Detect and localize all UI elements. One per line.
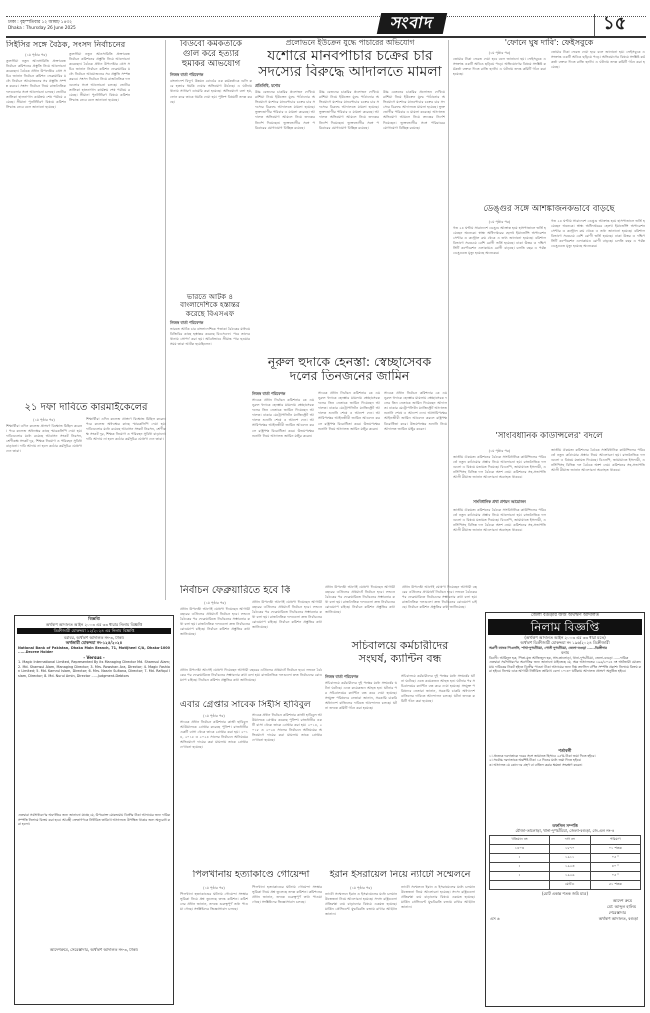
- page-number: ১৫: [603, 14, 626, 34]
- table-row: " ১৯২৩ ৪০ ": [490, 862, 641, 871]
- article-headline[interactable]: ২১ দফা দাবিতে কারমাইকেলের: [6, 402, 166, 414]
- article-body-col2: প্রধান উপদেষ্টা আগেই ঘোষণা দিয়েছেন আগাম…: [252, 600, 322, 665]
- continued-note: (১ম পৃষ্ঠার পর): [180, 885, 248, 892]
- cell: ০৫ ": [590, 853, 640, 862]
- article-body: ন্যাটো সম্মেলনে ইরান ও ইসরায়েলের মধ্যে …: [325, 892, 397, 1010]
- article-headline-line1[interactable]: বিউবো কর্মকর্তাকে: [170, 40, 252, 50]
- article-headline-line3[interactable]: হুমকির অভিযোগ: [170, 60, 252, 70]
- signature-line: শেরেস্তাদার: [609, 910, 626, 916]
- ad-defendants: 1. Magic International Limited, Represen…: [15, 660, 173, 810]
- article-body-col2: উচ্চ বেতনের চাকরির প্রলোভন দেখিয়ে রাশিয…: [319, 90, 379, 345]
- ad-signature: আদেশক্রমে, সেরেস্তাদার, অর্থঋণ আদালত নং-…: [15, 947, 173, 953]
- article-bdu-officer[interactable]: বিউবো কর্মকর্তাকে গুলি করে হত্যার হুমকির…: [170, 40, 252, 290]
- article-headline-line1[interactable]: ভারতে আটক ৪: [170, 293, 250, 301]
- signature-line: অর্থঋণ আদালত, বগুড়া: [599, 916, 638, 922]
- ad-ref: এস ৬: [490, 916, 500, 922]
- continued-note: (১ম পৃষ্ঠার পর): [6, 417, 82, 424]
- article-body: প্রধান উপদেষ্টা আগেই ঘোষণা দিয়েছেন আগাম…: [180, 607, 250, 665]
- article-body: গত ২৪ ঘণ্টায় সারাদেশে ডেঙ্গু আক্রান্ত হ…: [453, 226, 546, 424]
- article-body: জাতীয় ঐকমত্য কমিশনের বৈঠকে সাংবিধানিক ক…: [453, 455, 546, 497]
- column-divider: [448, 40, 449, 610]
- ad-notice: এতদ্বারা সর্বসাধারণের অবগতির জন্য জানানো…: [15, 813, 173, 943]
- article-karmaichel[interactable]: ২১ দফা দাবিতে কারমাইকেলের (১ম পৃষ্ঠার পর…: [6, 402, 166, 602]
- cell: ০১ শতক: [590, 844, 640, 853]
- continued-note: (১ম পৃষ্ঠার পর): [6, 52, 66, 59]
- article-headline[interactable]: এবার গ্রেপ্তার সাবেক সিইসি হাবিবুল: [180, 700, 311, 711]
- article-body-col2: সচিবালয়ে কর্মচারীদের দুই পক্ষের মধ্যে স…: [401, 674, 475, 840]
- continued-note: (১ম পৃষ্ঠার পর): [325, 885, 397, 892]
- article-headline[interactable]: ইরান ইসরায়েল নিয়ে ন্যাটো সম্মেলনে: [325, 870, 475, 881]
- byline: নিজস্ব বার্তা পরিবেশক: [170, 320, 250, 327]
- article-body: সচিবালয়ে কর্মচারীদের দুই পক্ষের মধ্যে স…: [325, 681, 397, 840]
- cell: [490, 880, 550, 889]
- total-label: মোট=: [549, 880, 590, 889]
- article-headline-line2[interactable]: সদস্যের বিরুদ্ধে আদালতে মামলা: [255, 64, 445, 80]
- article-headline[interactable]: নির্বাচন ফেব্রুয়ারিতে হবে কিনা: [180, 585, 290, 597]
- header-dag: দাগ নং: [549, 835, 590, 844]
- article-body: সাবেক প্রধান নির্বাচন কমিশনার কাজী হাবিব…: [180, 720, 248, 838]
- cell: ১৪০৩: [490, 844, 550, 853]
- article-body-col2: পিলখানা হত্যাকাণ্ডের ঘটনায় গোয়েন্দা সং…: [252, 885, 322, 1010]
- continued-note: (১ম পৃষ্ঠার পর): [453, 448, 546, 455]
- ad-plaintiff: National Bank of Pakistan, Dhaka Main Br…: [15, 646, 173, 655]
- byline: নিজস্ব বার্তা পরিবেশক: [252, 391, 314, 398]
- article-headline[interactable]: 'ফোনে ঘুষ দাবি': ফেইসবুকে: [453, 38, 645, 47]
- article-body-col3: সাবেক প্রধান নির্বাচন কমিশনার কে এম নূরু…: [384, 391, 447, 579]
- article-headline-line1[interactable]: নূরুল হুদাকে হেনস্তা: স্বেচ্ছাসেবক: [252, 355, 447, 369]
- article-constitutional-council[interactable]: 'সাংবিধানিক কাউন্সিলের' বদলে (১ম পৃষ্ঠার…: [453, 432, 645, 602]
- cell: ১৯১১: [549, 853, 590, 862]
- property-schedule-table: খতিয়ান নং দাগ নং পরিমাণ ১৪০৩ ১৮৭০ ০১ শত…: [489, 835, 641, 890]
- byline: নিজস্ব বার্তা পরিবেশক: [325, 674, 397, 681]
- article-body-col3: উচ্চ বেতনের চাকরির প্রলোভন দেখিয়ে রাশিয…: [383, 90, 445, 345]
- article-headline-line3[interactable]: করেছে বিএসএফ: [170, 310, 250, 318]
- article-headline-line2[interactable]: দলের তিনজনের জামিন: [252, 369, 447, 383]
- article-dengue[interactable]: ডেঙ্গুর সঙ্গে আশঙ্কাজনকভাবে বাড়ছে (১ম প…: [453, 205, 645, 425]
- subheading: সাংবিধানিক প্রথা প্রণয়ন আয়োজন: [453, 499, 546, 506]
- article-body-col2: গত ২৪ ঘণ্টায় সারাদেশে ডেঙ্গু আক্রান্ত হ…: [551, 219, 645, 424]
- article-body-prev: প্রধান উপদেষ্টা আগেই ঘোষণা দিয়েছেন আগাম…: [180, 668, 322, 696]
- article-headline[interactable]: সিইসির সঙ্গে বৈঠক, সংসদ নির্বাচনের: [6, 40, 130, 49]
- table-row: " ১৯১১ ০৫ ": [490, 853, 641, 862]
- article-nato-iran[interactable]: ইরান ইসরায়েল নিয়ে ন্যাটো সম্মেলনে (১ম …: [325, 870, 475, 1010]
- article-body-col2: সাবেক প্রধান নির্বাচন কমিশনার কে এম নূরু…: [318, 391, 380, 579]
- continued-note: (১ম পৃষ্ঠার পর): [453, 50, 546, 57]
- article-body-col2: শিক্ষার্থীরা এদিন কলেজ প্রাঙ্গণে বিক্ষোভ…: [86, 417, 166, 602]
- article-headline[interactable]: 'সাংবিধানিক কাউন্সিলের' বদলে: [453, 432, 645, 442]
- header-khatian: খতিয়ান নং: [490, 835, 550, 844]
- cell: ০৫ ": [590, 871, 640, 880]
- article-secretariat[interactable]: সচিবালয়ে কর্মচারীদের সংঘর্ষ, ক্যান্টিন …: [325, 640, 475, 840]
- cell: ১৮৭০: [549, 844, 590, 853]
- article-headline-line1[interactable]: সচিবালয়ে কর্মচারীদের: [325, 640, 475, 653]
- cell: ১৯২৩: [549, 862, 590, 871]
- cell: ৪০ ": [590, 862, 640, 871]
- ad-notice: এতদ্বারা সর্বসাধারণের অবগতির জন্য জানানো…: [486, 660, 644, 748]
- masthead-top-rule: [6, 16, 646, 17]
- article-body: ভারতে আটক চার বাংলাদেশিকে পতাকা বৈঠকের ম…: [170, 327, 250, 497]
- article-body-col2: তোমার টাকা ফেরত দেয়া হবে বলে জানানো হয়…: [551, 50, 645, 198]
- cell: ": [490, 871, 550, 880]
- header-amount: পরিমাণ: [590, 835, 640, 844]
- article-body: সাবেক প্রধান নির্বাচন কমিশনার কে এম নূরু…: [252, 398, 314, 578]
- article-pilkhana[interactable]: পিলখানায় হত্যাকাণ্ডে গোয়েন্দা (১ম পৃষ্…: [180, 870, 322, 1010]
- issue-date-english: Dhaka : Thursday 26 June 2025: [8, 26, 76, 32]
- auction-notice-ad-right[interactable]: জেলা বগুড়ার জজ অর্থঋণ আদালত নিলাম বিজ্ঞ…: [485, 612, 645, 1007]
- cell: ": [490, 853, 550, 862]
- article-headline-line1[interactable]: যশোরে মানবপাচার চক্রের চার: [255, 48, 445, 64]
- article-cid-habibul[interactable]: প্রধান উপদেষ্টা আগেই ঘোষণা দিয়েছেন আগাম…: [180, 668, 322, 838]
- signature-line: মো: আব্দুল হালিম: [607, 904, 636, 910]
- article-body-col2: ন্যাটো সম্মেলনে ইরান ও ইসরায়েলের মধ্যে …: [401, 885, 475, 1010]
- ad-title: নিলাম বিজ্ঞপ্তি: [488, 619, 642, 635]
- court-notice-ad-left[interactable]: বিজ্ঞপ্তি অর্থঋণ আদালত আইন ২০০৩ এর ৩৩ ধা…: [14, 615, 174, 1005]
- article-body: তোমার টাকা ফেরত দেয়া হবে বলে জানানো হয়…: [453, 57, 546, 197]
- continued-note: (১ম পৃষ্ঠার পর): [180, 713, 248, 720]
- byline: নিজস্ব বার্তা পরিবেশক: [170, 72, 252, 79]
- article-body: শিক্ষার্থীরা এদিন কলেজ প্রাঙ্গণে বিক্ষোভ…: [6, 424, 82, 602]
- article-body-col2: জাতীয় ঐকমত্য কমিশনের বৈঠকে সাংবিধানিক ক…: [551, 448, 645, 602]
- total-value: ৫১ শতক: [590, 880, 640, 889]
- article-headline-line2[interactable]: গুলি করে হত্যার: [170, 50, 252, 60]
- article-cec-meeting[interactable]: সিইসির সঙ্গে বৈঠক, সংসদ নির্বাচনের (১ম প…: [6, 40, 130, 395]
- condition-3: ৩। আদালত যে কোন দর গ্রহণ বা বাতিল করার ক…: [486, 763, 644, 823]
- article-body: উচ্চ বেতনের চাকরির প্রলোভন দেখিয়ে রাশিয…: [255, 90, 315, 345]
- table-row: " ১৯২৬ ০৫ ": [490, 871, 641, 880]
- article-body: বাংলাদেশ বিদ্যুৎ উন্নয়ন বোর্ডের এক কর্ম…: [170, 79, 252, 279]
- article-nurul-huda[interactable]: নূরুল হুদাকে হেনস্তা: স্বেচ্ছাসেবক দলের …: [252, 355, 447, 580]
- article-facebook-bribe[interactable]: 'ফোনে ঘুষ দাবি': ফেইসবুকে (১ম পৃষ্ঠার পর…: [453, 38, 645, 198]
- article-headline-line2[interactable]: বাংলাদেশিকে হস্তান্তর: [170, 301, 250, 309]
- article-headline[interactable]: ডেঙ্গুর সঙ্গে আশঙ্কাজনকভাবে বাড়ছে: [453, 205, 645, 215]
- cell: ১৯২৬: [549, 871, 590, 880]
- article-body-col2: সাবেক প্রধান নির্বাচন কমিশনার কাজী হাবিব…: [252, 713, 322, 838]
- article-headline-line2[interactable]: সংঘর্ষ, ক্যান্টিন বন্ধ: [325, 653, 475, 666]
- cell: ": [490, 862, 550, 871]
- table-row: ১৪০৩ ১৮৭০ ০১ শতক: [490, 844, 641, 853]
- article-jessore-trafficking[interactable]: যশোরে মানবপাচার চক্রের চার সদস্যের বিরুদ…: [255, 48, 445, 348]
- article-bsf-handover[interactable]: ভারতে আটক ৪ বাংলাদেশিকে হস্তান্তর করেছে …: [170, 293, 250, 503]
- table-total-row: মোট= ৫১ শতক: [490, 880, 641, 889]
- signature-line: আদেশ ক্রমে: [613, 898, 632, 904]
- newspaper-logo: সংবাদ: [377, 13, 447, 34]
- ad-subheading: অর্থঋণ আদালত আইন ২০০৩ এর ৩৩ ধারার নিলাম …: [15, 622, 173, 628]
- masthead-divider: [594, 14, 595, 36]
- article-headline[interactable]: পিলখানায় হত্যাকাণ্ডে গোয়েন্দা: [180, 870, 322, 881]
- continued-note: (১ম পৃষ্ঠার পর): [180, 600, 250, 607]
- article-body: তুললীয়া নতুন আনসারিতি প্রক্তাবন্ধে নির্…: [6, 59, 66, 392]
- continued-note: (১ম পৃষ্ঠার পর): [453, 219, 546, 226]
- ad-banner: ডিক্রীজারী মোকদ্দমা ১২/২০২৪ এর নিলাম বিজ…: [17, 628, 171, 634]
- article-body: পিলখানা হত্যাকাণ্ডের ঘটনায় গোয়েন্দা সং…: [180, 892, 248, 1010]
- article-body-col2: তুললীয়া নতুন আনসারিতি প্রক্তাবন্ধে নির্…: [69, 52, 130, 392]
